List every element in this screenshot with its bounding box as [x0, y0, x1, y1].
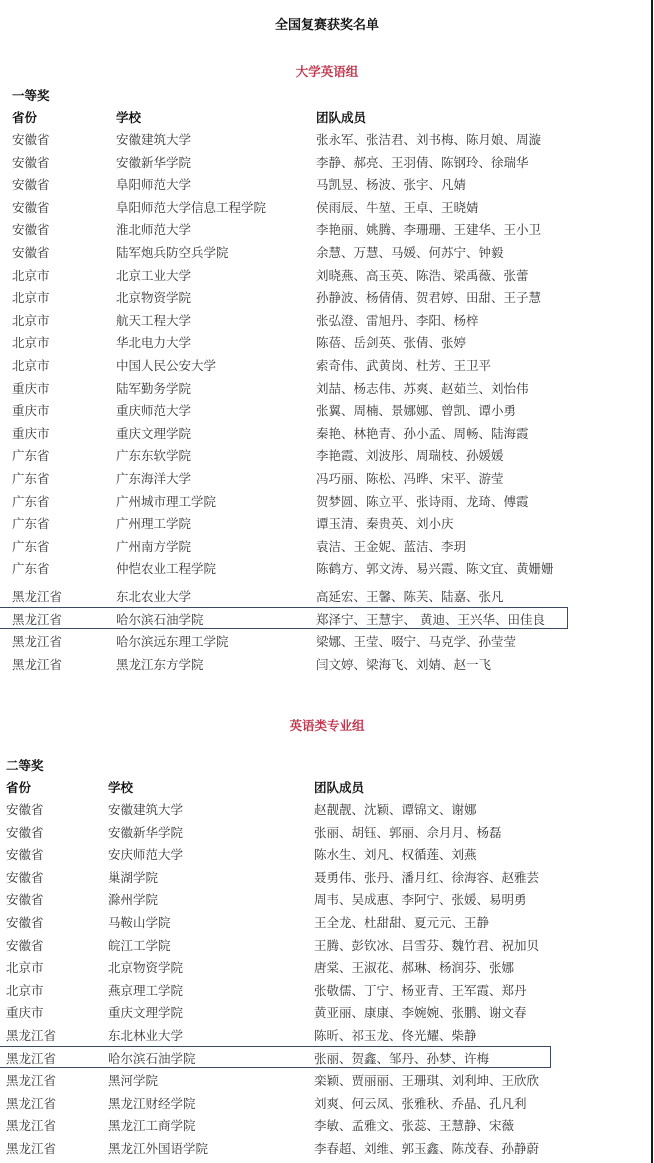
- table-row: 安徽省陆军炮兵防空兵学院余慧、万慧、马媛、何苏宁、钟毅: [0, 240, 654, 262]
- cell-province: 广东省: [12, 514, 50, 532]
- cell-school: 皖江工学院: [108, 936, 171, 954]
- cell-school: 黑龙江财经学院: [108, 1094, 196, 1112]
- cell-school: 华北电力大学: [116, 333, 191, 351]
- table-row: 黑龙江省东北林业大学陈昕、祁玉龙、佟光耀、柴静: [0, 1023, 654, 1045]
- cell-members: 闫文婷、梁海飞、刘婧、赵一飞: [316, 655, 491, 673]
- cell-province: 北京市: [12, 333, 50, 351]
- table-row: 安徽省马鞍山学院王全龙、杜甜甜、夏元元、王静: [0, 910, 654, 932]
- table-row: 重庆市重庆文理学院秦艳、林艳青、孙小孟、周畅、陆海霞: [0, 421, 654, 443]
- cell-province: 黑龙江省: [12, 632, 62, 650]
- cell-school: 航天工程大学: [116, 311, 191, 329]
- cell-members: 黄亚丽、康康、李婉婉、张鹏、谢文春: [314, 1003, 527, 1021]
- cell-members: 陈水生、刘凡、权循莲、刘燕: [314, 845, 477, 863]
- cell-members: 张敬儒、丁宁、杨亚青、王军霞、郑丹: [314, 981, 527, 999]
- cell-members: 刘晓燕、高玉英、陈浩、梁禹薇、张蕾: [316, 266, 529, 284]
- cell-province: 安徽省: [6, 936, 44, 954]
- table-row: 广东省广东海洋大学冯巧丽、陈松、冯晔、宋平、游莹: [0, 466, 654, 488]
- cell-members: 陈鹤方、郭文涛、易兴霞、陈文宜、黄姗姗: [316, 559, 554, 577]
- cell-school: 重庆文理学院: [116, 424, 191, 442]
- section-group-title: 大学英语组: [0, 62, 654, 80]
- cell-school: 黑河学院: [108, 1071, 158, 1089]
- cell-province: 安徽省: [12, 153, 50, 171]
- table-row: 北京市航天工程大学张弘澄、雷旭丹、李阳、杨梓: [0, 308, 654, 330]
- cell-province: 广东省: [12, 446, 50, 464]
- cell-province: 安徽省: [6, 800, 44, 818]
- cell-members: 王腾、彭钦冰、吕雪芬、魏竹君、祝加贝: [314, 936, 539, 954]
- cell-province: 广东省: [12, 559, 50, 577]
- table-row-highlighted: 黑龙江省哈尔滨石油学院郑泽宁、王慧宇、 黄迪、王兴华、田佳良: [0, 607, 654, 629]
- cell-school: 黑龙江外国语学院: [108, 1139, 208, 1157]
- cell-province: 黑龙江省: [6, 1116, 56, 1134]
- cell-members: 秦艳、林艳青、孙小孟、周畅、陆海霞: [316, 424, 529, 442]
- table-row: 北京市北京工业大学刘晓燕、高玉英、陈浩、梁禹薇、张蕾: [0, 263, 654, 285]
- cell-province: 重庆市: [6, 1003, 44, 1021]
- cell-school: 安徽建筑大学: [116, 130, 191, 148]
- cell-province: 重庆市: [12, 401, 50, 419]
- cell-members: 侯雨辰、牛堃、王卓、王晓婧: [316, 198, 479, 216]
- cell-province: 黑龙江省: [6, 1094, 56, 1112]
- table-row: 安徽省阜阳师范大学马凯昱、杨波、张宇、凡婧: [0, 172, 654, 194]
- cell-members: 谭玉清、秦贵英、刘小庆: [316, 514, 454, 532]
- table-row: 重庆市陆军勤务学院刘喆、杨志伟、苏爽、赵茹兰、刘怡伟: [0, 376, 654, 398]
- cell-province: 安徽省: [6, 868, 44, 886]
- table-row: 安徽省安徽建筑大学张永军、张洁君、刘书梅、陈月娘、周漩: [0, 127, 654, 149]
- table-row: 广东省广州理工学院谭玉清、秦贵英、刘小庆: [0, 511, 654, 533]
- table-row: 安徽省皖江工学院王腾、彭钦冰、吕雪芬、魏竹君、祝加贝: [0, 933, 654, 955]
- cell-school: 黑龙江东方学院: [116, 655, 204, 673]
- column-header-province: 省份: [6, 778, 31, 796]
- cell-members: 赵靓靓、沈颖、谭锦文、谢娜: [314, 800, 477, 818]
- cell-school: 北京物资学院: [116, 288, 191, 306]
- cell-members: 张翼、周楠、景娜娜、曾凯、谭小勇: [316, 401, 516, 419]
- cell-members: 马凯昱、杨波、张宇、凡婧: [316, 175, 466, 193]
- cell-province: 安徽省: [6, 845, 44, 863]
- cell-province: 北京市: [12, 311, 50, 329]
- cell-school: 重庆文理学院: [108, 1003, 183, 1021]
- table-row: 黑龙江省黑龙江东方学院闫文婷、梁海飞、刘婧、赵一飞: [0, 652, 654, 674]
- table-row: 广东省仲恺农业工程学院陈鹤方、郭文涛、易兴霞、陈文宜、黄姗姗: [0, 556, 654, 578]
- cell-school: 东北林业大学: [108, 1026, 183, 1044]
- table-row: 北京市中国人民公安大学索奇伟、武黄岗、杜芳、王卫平: [0, 353, 654, 375]
- cell-province: 广东省: [12, 537, 50, 555]
- table-row: 安徽省巢湖学院聂勇伟、张丹、潘月红、徐海容、赵雅芸: [0, 865, 654, 887]
- cell-province: 重庆市: [12, 424, 50, 442]
- cell-province: 安徽省: [6, 823, 44, 841]
- cell-members: 王全龙、杜甜甜、夏元元、王静: [314, 913, 489, 931]
- cell-school: 北京工业大学: [116, 266, 191, 284]
- table-row: 安徽省淮北师范大学李艳丽、姚腾、李珊珊、王建华、王小卫: [0, 217, 654, 239]
- cell-province: 黑龙江省: [12, 655, 62, 673]
- table-row: 黑龙江省黑龙江工商学院李敏、孟雅文、张蕊、王慧静、宋薇: [0, 1113, 654, 1135]
- table-row: 重庆市重庆师范大学张翼、周楠、景娜娜、曾凯、谭小勇: [0, 398, 654, 420]
- cell-province: 安徽省: [12, 243, 50, 261]
- prize-level: 一等奖: [12, 86, 50, 104]
- cell-school: 巢湖学院: [108, 868, 158, 886]
- cell-province: 黑龙江省: [6, 1049, 56, 1067]
- table-row: 黑龙江省黑河学院栾颖、贾丽丽、王珊琪、刘利坤、王欣欣: [0, 1068, 654, 1090]
- table-row: 安徽省滁州学院周韦、吴成惠、李阿宁、张媛、易明勇: [0, 887, 654, 909]
- cell-province: 北京市: [6, 958, 44, 976]
- cell-province: 北京市: [12, 288, 50, 306]
- cell-school: 广东东软学院: [116, 446, 191, 464]
- table-row: 黑龙江省黑龙江外国语学院李春超、刘维、郭玉鑫、陈茂春、孙静蔚: [0, 1136, 654, 1158]
- cell-province: 北京市: [6, 981, 44, 999]
- cell-members: 栾颖、贾丽丽、王珊琪、刘利坤、王欣欣: [314, 1071, 539, 1089]
- section-group-title: 英语类专业组: [0, 716, 654, 734]
- cell-school: 阜阳师范大学信息工程学院: [116, 198, 266, 216]
- table-row: 黑龙江省黑龙江财经学院刘爽、何云凤、张雅秋、乔晶、孔凡利: [0, 1091, 654, 1113]
- table-row: 安徽省安徽新华学院李静、郝亮、王羽倩、陈钢玲、徐瑞华: [0, 150, 654, 172]
- prize-level: 二等奖: [6, 756, 44, 774]
- table-row: 广东省广州城市理工学院贺梦圆、陈立平、张诗雨、龙琦、傅霞: [0, 489, 654, 511]
- cell-school: 安徽建筑大学: [108, 800, 183, 818]
- cell-members: 袁洁、王金妮、蓝洁、李玥: [316, 537, 466, 555]
- cell-province: 广东省: [12, 469, 50, 487]
- cell-members: 李艳丽、姚腾、李珊珊、王建华、王小卫: [316, 220, 541, 238]
- cell-school: 安徽新华学院: [116, 153, 191, 171]
- table-row: 北京市北京物资学院唐棠、王淑花、郝琳、杨润芬、张娜: [0, 955, 654, 977]
- column-header-province: 省份: [12, 108, 37, 126]
- cell-members: 贺梦圆、陈立平、张诗雨、龙琦、傅霞: [316, 492, 529, 510]
- cell-school: 马鞍山学院: [108, 913, 171, 931]
- cell-school: 安庆师范大学: [108, 845, 183, 863]
- cell-members: 张丽、胡钰、郭丽、佘月月、杨磊: [314, 823, 502, 841]
- cell-province: 安徽省: [12, 130, 50, 148]
- cell-school: 广州理工学院: [116, 514, 191, 532]
- cell-members: 张永军、张洁君、刘书梅、陈月娘、周漩: [316, 130, 541, 148]
- cell-members: 余慧、万慧、马媛、何苏宁、钟毅: [316, 243, 504, 261]
- column-header-members: 团队成员: [314, 778, 364, 796]
- cell-school: 陆军勤务学院: [116, 379, 191, 397]
- cell-school: 安徽新华学院: [108, 823, 183, 841]
- cell-members: 陈昕、祁玉龙、佟光耀、柴静: [314, 1026, 477, 1044]
- cell-province: 广东省: [12, 492, 50, 510]
- cell-school: 陆军炮兵防空兵学院: [116, 243, 229, 261]
- cell-members: 梁娜、王莹、啜宁、马克学、孙莹莹: [316, 632, 516, 650]
- table-row: 北京市华北电力大学陈蓓、岳剑英、张倩、张婷: [0, 330, 654, 352]
- table-row: 黑龙江省东北农业大学高延宏、王馨、陈芙、陆嘉、张凡: [0, 584, 654, 606]
- document-title: 全国复赛获奖名单: [0, 14, 654, 33]
- cell-province: 安徽省: [12, 175, 50, 193]
- table-row: 安徽省安徽新华学院张丽、胡钰、郭丽、佘月月、杨磊: [0, 820, 654, 842]
- cell-members: 冯巧丽、陈松、冯晔、宋平、游莹: [316, 469, 504, 487]
- cell-school: 哈尔滨石油学院: [108, 1049, 196, 1067]
- cell-members: 刘喆、杨志伟、苏爽、赵茹兰、刘怡伟: [316, 379, 529, 397]
- cell-members: 聂勇伟、张丹、潘月红、徐海容、赵雅芸: [314, 868, 539, 886]
- table-row: 黑龙江省哈尔滨远东理工学院梁娜、王莹、啜宁、马克学、孙莹莹: [0, 629, 654, 651]
- cell-province: 重庆市: [12, 379, 50, 397]
- cell-school: 阜阳师范大学: [116, 175, 191, 193]
- table-row: 重庆市重庆文理学院黄亚丽、康康、李婉婉、张鹏、谢文春: [0, 1000, 654, 1022]
- column-header-school: 学校: [108, 778, 133, 796]
- cell-school: 广东海洋大学: [116, 469, 191, 487]
- cell-members: 孙静波、杨倩倩、贺君婷、田甜、王子慧: [316, 288, 541, 306]
- cell-school: 中国人民公安大学: [116, 356, 216, 374]
- cell-members: 李艳霞、刘波彤、周瑞枝、孙媛媛: [316, 446, 504, 464]
- table-row-highlighted: 黑龙江省哈尔滨石油学院张丽、贺鑫、邹丹、孙梦、许梅: [0, 1046, 654, 1068]
- cell-province: 黑龙江省: [6, 1071, 56, 1089]
- cell-members: 唐棠、王淑花、郝琳、杨润芬、张娜: [314, 958, 514, 976]
- cell-members: 索奇伟、武黄岗、杜芳、王卫平: [316, 356, 491, 374]
- cell-province: 安徽省: [6, 890, 44, 908]
- cell-school: 燕京理工学院: [108, 981, 183, 999]
- cell-province: 安徽省: [12, 198, 50, 216]
- cell-members: 周韦、吴成惠、李阿宁、张媛、易明勇: [314, 890, 527, 908]
- cell-school: 哈尔滨石油学院: [116, 610, 204, 628]
- cell-members: 李春超、刘维、郭玉鑫、陈茂春、孙静蔚: [314, 1139, 539, 1157]
- table-row: 广东省广东东软学院李艳霞、刘波彤、周瑞枝、孙媛媛: [0, 443, 654, 465]
- table-row: 安徽省阜阳师范大学信息工程学院侯雨辰、牛堃、王卓、王晓婧: [0, 195, 654, 217]
- cell-province: 黑龙江省: [12, 587, 62, 605]
- cell-members: 张丽、贺鑫、邹丹、孙梦、许梅: [314, 1049, 489, 1067]
- table-row: 北京市燕京理工学院张敬儒、丁宁、杨亚青、王军霞、郑丹: [0, 978, 654, 1000]
- table-row: 北京市北京物资学院孙静波、杨倩倩、贺君婷、田甜、王子慧: [0, 285, 654, 307]
- table-row: 广东省广州南方学院袁洁、王金妮、蓝洁、李玥: [0, 534, 654, 556]
- cell-province: 黑龙江省: [6, 1139, 56, 1157]
- cell-school: 东北农业大学: [116, 587, 191, 605]
- cell-school: 黑龙江工商学院: [108, 1116, 196, 1134]
- cell-members: 刘爽、何云凤、张雅秋、乔晶、孔凡利: [314, 1094, 527, 1112]
- cell-members: 郑泽宁、王慧宇、 黄迪、王兴华、田佳良: [316, 610, 545, 628]
- cell-province: 安徽省: [12, 220, 50, 238]
- cell-members: 陈蓓、岳剑英、张倩、张婷: [316, 333, 466, 351]
- cell-school: 滁州学院: [108, 890, 158, 908]
- cell-members: 李静、郝亮、王羽倩、陈钢玲、徐瑞华: [316, 153, 529, 171]
- cell-province: 北京市: [12, 356, 50, 374]
- cell-members: 李敏、孟雅文、张蕊、王慧静、宋薇: [314, 1116, 514, 1134]
- cell-province: 黑龙江省: [12, 610, 62, 628]
- cell-school: 广州城市理工学院: [116, 492, 216, 510]
- column-header-members: 团队成员: [316, 108, 366, 126]
- cell-school: 广州南方学院: [116, 537, 191, 555]
- cell-school: 北京物资学院: [108, 958, 183, 976]
- cell-province: 安徽省: [6, 913, 44, 931]
- column-header-school: 学校: [116, 108, 141, 126]
- cell-members: 张弘澄、雷旭丹、李阳、杨梓: [316, 311, 479, 329]
- cell-school: 重庆师范大学: [116, 401, 191, 419]
- cell-members: 高延宏、王馨、陈芙、陆嘉、张凡: [316, 587, 504, 605]
- table-row: 安徽省安徽建筑大学赵靓靓、沈颖、谭锦文、谢娜: [0, 797, 654, 819]
- cell-school: 淮北师范大学: [116, 220, 191, 238]
- cell-school: 哈尔滨远东理工学院: [116, 632, 229, 650]
- table-row: 安徽省安庆师范大学陈水生、刘凡、权循莲、刘燕: [0, 842, 654, 864]
- cell-province: 北京市: [12, 266, 50, 284]
- cell-school: 仲恺农业工程学院: [116, 559, 216, 577]
- cell-province: 黑龙江省: [6, 1026, 56, 1044]
